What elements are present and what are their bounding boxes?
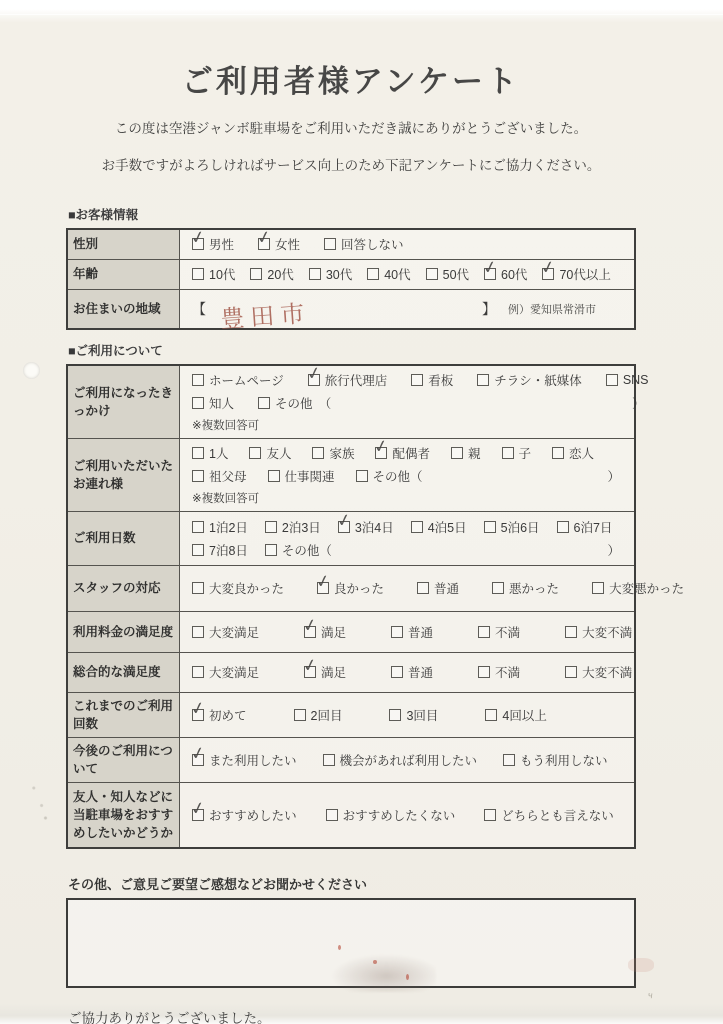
option-count-1[interactable]: 2回目: [294, 706, 343, 724]
row-age: 年齢10代20代30代40代50代✓60代✓70代以上: [68, 260, 634, 290]
option-gender-0[interactable]: ✓男性: [192, 235, 234, 253]
option-label: 祖父母: [209, 467, 247, 485]
checkbox[interactable]: [478, 666, 490, 678]
option-future-1[interactable]: 機会があれば利用したい: [323, 751, 478, 769]
option-trigger-1[interactable]: ✓旅行代理店: [308, 371, 388, 389]
close-paren: ）: [632, 394, 649, 412]
checkbox[interactable]: [426, 268, 438, 280]
checkbox[interactable]: [265, 544, 277, 556]
option-label: 大変不満: [582, 663, 632, 681]
check-mark-icon: ✓: [314, 572, 331, 592]
option-label: 旅行代理店: [325, 371, 388, 389]
option-label: どちらとも言えない: [501, 806, 614, 824]
option-count-3[interactable]: 4回以上: [485, 706, 546, 724]
checkbox[interactable]: [451, 447, 463, 459]
option-trigger-1[interactable]: その他 （: [258, 394, 331, 412]
intro-line-1: この度は空港ジャンボ駐車場をご利用いただき誠にありがとうございました。: [66, 117, 636, 141]
checkbox[interactable]: [484, 809, 496, 821]
option-companions-3[interactable]: ✓配偶者: [375, 444, 430, 462]
checkbox[interactable]: ✓: [308, 374, 320, 386]
row-label: 今後のご利用について: [68, 738, 180, 782]
checkbox[interactable]: [411, 521, 423, 533]
option-price-1[interactable]: ✓満足: [304, 623, 346, 641]
option-label: 70代以上: [559, 265, 610, 283]
option-line: 大変満足✓満足普通不満大変不満: [192, 663, 632, 681]
option-label: 配偶者: [392, 444, 430, 462]
option-label: ホームページ: [209, 371, 284, 389]
checkbox[interactable]: ✓: [484, 268, 496, 280]
checkbox[interactable]: ✓: [192, 238, 204, 250]
region-example-hint: 例）愛知県常滑市: [508, 301, 596, 317]
check-mark-icon: ✓: [335, 511, 352, 531]
option-staff-3[interactable]: 悪かった: [492, 579, 559, 597]
checkbox[interactable]: [391, 666, 403, 678]
checkbox[interactable]: [477, 374, 489, 386]
option-label: おすすめしたい: [209, 806, 297, 824]
row-price: 利用料金の満足度大変満足✓満足普通不満大変不満: [68, 612, 634, 653]
hole-punch: [23, 362, 40, 379]
row-options: 大変良かった✓良かった普通悪かった大変悪かった: [180, 566, 694, 611]
checkbox[interactable]: ✓: [192, 809, 204, 821]
option-gender-1[interactable]: ✓女性: [258, 235, 300, 253]
checkbox[interactable]: [592, 582, 604, 594]
option-age-6[interactable]: ✓70代以上: [542, 265, 610, 283]
checkbox[interactable]: [503, 754, 515, 766]
checkbox[interactable]: ✓: [317, 582, 329, 594]
checkbox[interactable]: [192, 268, 204, 280]
row-options: ✓初めて2回目3回目4回以上: [180, 693, 634, 737]
option-recommend-2[interactable]: どちらとも言えない: [484, 806, 614, 824]
option-age-4[interactable]: 50代: [426, 265, 469, 283]
option-companions-0[interactable]: 1人: [192, 444, 228, 462]
option-days-4[interactable]: 5泊6日: [484, 518, 540, 536]
option-count-0[interactable]: ✓初めて: [192, 706, 247, 724]
checkbox[interactable]: ✓: [338, 521, 350, 533]
option-days-3[interactable]: 4泊5日: [411, 518, 467, 536]
row-options: 大変満足✓満足普通不満大変不満: [180, 612, 642, 652]
checkbox[interactable]: [192, 397, 204, 409]
option-label: 3泊4日: [355, 518, 394, 536]
ink-stain-dot: [338, 945, 341, 950]
option-label: 10代: [209, 265, 235, 283]
checkbox[interactable]: [192, 447, 204, 459]
checkbox[interactable]: [249, 447, 261, 459]
section-customer-info-title: ■お客様情報: [68, 205, 636, 223]
checkbox[interactable]: [192, 521, 204, 533]
row-options: 10代20代30代40代50代✓60代✓70代以上: [180, 260, 634, 289]
option-line: ✓また利用したい機会があれば利用したいもう利用しない: [192, 751, 624, 769]
option-age-0[interactable]: 10代: [192, 265, 235, 283]
option-label: 満足: [321, 623, 346, 641]
option-trigger-3[interactable]: チラシ・紙媒体: [477, 371, 582, 389]
option-label: 初めて: [209, 706, 247, 724]
row-options: 大変満足✓満足普通不満大変不満: [180, 653, 642, 692]
option-label: 大変悪かった: [609, 579, 684, 597]
handwritten-region-value[interactable]: 豊田市: [206, 290, 483, 333]
option-trigger-0[interactable]: 知人: [192, 394, 234, 412]
checkbox[interactable]: [606, 374, 618, 386]
option-label: 30代: [326, 265, 352, 283]
option-label: 普通: [434, 579, 459, 597]
option-label: 仕事関連: [285, 467, 335, 485]
checkbox[interactable]: [391, 626, 403, 638]
checkbox[interactable]: [411, 374, 423, 386]
checkbox[interactable]: [324, 238, 336, 250]
row-options: 1人友人家族✓配偶者親子恋人祖父母仕事関連その他（）※複数回答可: [180, 439, 634, 511]
option-companions-4[interactable]: 親: [451, 444, 481, 462]
checkbox[interactable]: [192, 582, 204, 594]
close-bracket: 】: [482, 299, 496, 319]
check-mark-icon: ✓: [189, 744, 206, 764]
option-overall-0[interactable]: 大変満足: [192, 663, 259, 681]
option-count-2[interactable]: 3回目: [389, 706, 438, 724]
multi-answer-note: ※複数回答可: [192, 490, 624, 506]
check-mark-icon: ✓: [540, 258, 557, 278]
row-label: 友人・知人などに当駐車場をおすすめしたいかどうか: [68, 783, 180, 847]
option-staff-1[interactable]: ✓良かった: [317, 579, 384, 597]
checkbox[interactable]: [389, 709, 401, 721]
row-days: ご利用日数1泊2日2泊3日✓3泊4日4泊5日5泊6日6泊7日7泊8日その他（）: [68, 512, 634, 566]
row-options: ✓おすすめしたいおすすめしたくないどちらとも言えない: [180, 783, 634, 847]
row-options: 1泊2日2泊3日✓3泊4日4泊5日5泊6日6泊7日7泊8日その他（）: [180, 512, 634, 565]
row-label: スタッフの対応: [68, 566, 180, 611]
check-mark-icon: ✓: [189, 799, 206, 819]
checkbox[interactable]: [557, 521, 569, 533]
option-label: 満足: [321, 663, 346, 681]
option-label: 2回目: [311, 706, 343, 724]
checkbox[interactable]: [258, 397, 270, 409]
row-future: 今後のご利用について✓また利用したい機会があれば利用したいもう利用しない: [68, 738, 634, 783]
option-companions-2[interactable]: その他（: [356, 467, 423, 485]
option-label: 家族: [329, 444, 354, 462]
checkbox[interactable]: [565, 626, 577, 638]
thanks-text: ご協力ありがとうございました。: [68, 1007, 636, 1024]
option-label: その他（: [282, 541, 332, 559]
option-label: 普通: [408, 623, 433, 641]
option-line: 10代20代30代40代50代✓60代✓70代以上: [192, 265, 624, 283]
option-days-0[interactable]: 7泊8日: [192, 541, 248, 559]
option-label: その他（: [373, 467, 423, 485]
page-title: ご利用者様アンケート: [66, 64, 636, 100]
option-label: 看板: [428, 371, 453, 389]
usage-table: ご利用になったきっかけホームページ✓旅行代理店看板チラシ・紙媒体SNS知人その他…: [66, 364, 636, 850]
row-count: これまでのご利用回数✓初めて2回目3回目4回以上: [68, 693, 634, 738]
row-gender: 性別✓男性✓女性回答しない: [68, 230, 634, 260]
multi-answer-note: ※複数回答可: [192, 417, 649, 433]
option-label: 40代: [384, 265, 410, 283]
option-age-3[interactable]: 40代: [367, 265, 410, 283]
option-days-1[interactable]: その他（: [265, 541, 332, 559]
checkbox[interactable]: [192, 470, 204, 482]
option-trigger-2[interactable]: 看板: [411, 371, 453, 389]
close-paren: ）: [607, 541, 624, 559]
row-region: お住まいの地域【豊田市】例）愛知県常滑市: [68, 290, 634, 328]
option-overall-2[interactable]: 普通: [391, 663, 433, 681]
option-label: 親: [468, 444, 481, 462]
option-trigger-4[interactable]: SNS: [606, 373, 649, 387]
row-trigger: ご利用になったきっかけホームページ✓旅行代理店看板チラシ・紙媒体SNS知人その他…: [68, 366, 634, 439]
option-label: 悪かった: [509, 579, 559, 597]
checkbox[interactable]: [326, 809, 338, 821]
option-label: 知人: [209, 394, 234, 412]
option-line: ✓おすすめしたいおすすめしたくないどちらとも言えない: [192, 806, 624, 824]
option-label: 5泊6日: [501, 518, 540, 536]
option-recommend-1[interactable]: おすすめしたくない: [326, 806, 456, 824]
checkbox[interactable]: [192, 666, 204, 678]
option-line: 祖父母仕事関連その他（）: [192, 467, 624, 485]
option-label: 50代: [443, 265, 469, 283]
option-label: 1泊2日: [209, 518, 248, 536]
option-age-1[interactable]: 20代: [250, 265, 293, 283]
check-mark-icon: ✓: [255, 228, 272, 248]
option-label: 普通: [408, 663, 433, 681]
option-label: 機会があれば利用したい: [340, 751, 478, 769]
check-mark-icon: ✓: [189, 228, 206, 248]
checkbox[interactable]: [312, 447, 324, 459]
option-companions-0[interactable]: 祖父母: [192, 467, 247, 485]
option-age-2[interactable]: 30代: [309, 265, 352, 283]
option-label: 大変満足: [209, 663, 259, 681]
option-overall-3[interactable]: 不満: [478, 663, 520, 681]
option-days-5[interactable]: 6泊7日: [557, 518, 613, 536]
option-line: 1人友人家族✓配偶者親子恋人: [192, 444, 624, 462]
check-mark-icon: ✓: [481, 258, 498, 278]
option-label: 男性: [209, 235, 234, 253]
option-days-2[interactable]: ✓3泊4日: [338, 518, 394, 536]
option-price-2[interactable]: 普通: [391, 623, 433, 641]
option-label: 良かった: [334, 579, 384, 597]
checkbox[interactable]: [484, 521, 496, 533]
option-label: 60代: [501, 265, 527, 283]
checkbox[interactable]: [323, 754, 335, 766]
option-label: 7泊8日: [209, 541, 248, 559]
intro-line-2: お手数ですがよろしければサービス向上のため下記アンケートにご協力ください。: [66, 154, 636, 178]
checkbox[interactable]: [552, 447, 564, 459]
option-recommend-0[interactable]: ✓おすすめしたい: [192, 806, 297, 824]
checkbox[interactable]: ✓: [304, 626, 316, 638]
option-label: おすすめしたくない: [343, 806, 456, 824]
checkbox[interactable]: ✓: [258, 238, 270, 250]
option-days-0[interactable]: 1泊2日: [192, 518, 248, 536]
option-label: 回答しない: [341, 235, 404, 253]
option-staff-0[interactable]: 大変良かった: [192, 579, 284, 597]
check-mark-icon: ✓: [189, 699, 206, 719]
check-mark-icon: ✓: [301, 656, 318, 676]
row-options: ✓また利用したい機会があれば利用したいもう利用しない: [180, 738, 634, 782]
row-label: ご利用いただいたお連れ様: [68, 439, 180, 511]
checkbox[interactable]: [478, 626, 490, 638]
option-label: 3回目: [406, 706, 438, 724]
option-label: 4回以上: [502, 706, 546, 724]
option-label: 2泊3日: [282, 518, 321, 536]
row-options: 【豊田市】例）愛知県常滑市: [180, 290, 634, 328]
option-line: 7泊8日その他（）: [192, 541, 624, 559]
option-gender-2[interactable]: 回答しない: [324, 235, 404, 253]
row-label: ご利用になったきっかけ: [68, 366, 180, 438]
option-line: ホームページ✓旅行代理店看板チラシ・紙媒体SNS: [192, 371, 649, 389]
scanned-survey-page: ч ご利用者様アンケート この度は空港ジャンボ駐車場をご利用いただき誠にありがと…: [0, 0, 723, 1024]
row-label: 利用料金の満足度: [68, 612, 180, 652]
checkbox[interactable]: [268, 470, 280, 482]
option-line: 知人その他 （）: [192, 394, 649, 412]
row-label: これまでのご利用回数: [68, 693, 180, 737]
checkbox[interactable]: [250, 268, 262, 280]
option-price-0[interactable]: 大変満足: [192, 623, 259, 641]
pencil-smudge: [26, 778, 52, 828]
option-companions-2[interactable]: 家族: [312, 444, 354, 462]
ink-stain: [326, 952, 436, 992]
option-line: ✓男性✓女性回答しない: [192, 235, 624, 253]
section-usage-title: ■ご利用について: [68, 341, 636, 359]
option-label: 不満: [495, 663, 520, 681]
option-line: ✓初めて2回目3回目4回以上: [192, 706, 624, 724]
checkbox[interactable]: [417, 582, 429, 594]
checkbox[interactable]: ✓: [192, 709, 204, 721]
check-mark-icon: ✓: [305, 364, 322, 384]
row-label: ご利用日数: [68, 512, 180, 565]
checkbox[interactable]: [294, 709, 306, 721]
checkbox[interactable]: [565, 666, 577, 678]
row-label: 総合的な満足度: [68, 653, 180, 692]
stray-pencil-mark: ч: [647, 990, 653, 1001]
option-label: チラシ・紙媒体: [494, 371, 582, 389]
row-label: お住まいの地域: [68, 290, 180, 328]
option-label: SNS: [623, 373, 649, 387]
option-label: 20代: [267, 265, 293, 283]
checkbox[interactable]: ✓: [375, 447, 387, 459]
form-content: ご利用者様アンケート この度は空港ジャンボ駐車場をご利用いただき誠にありがとうご…: [66, 0, 636, 1024]
option-label: その他 （: [275, 394, 331, 412]
comments-box[interactable]: [66, 898, 636, 988]
option-age-5[interactable]: ✓60代: [484, 265, 527, 283]
option-label: 大変不満: [582, 623, 632, 641]
option-label: 子: [519, 444, 532, 462]
option-companions-5[interactable]: 子: [502, 444, 532, 462]
option-overall-1[interactable]: ✓満足: [304, 663, 346, 681]
row-companions: ご利用いただいたお連れ様1人友人家族✓配偶者親子恋人祖父母仕事関連その他（）※複…: [68, 439, 634, 512]
option-label: もう利用しない: [520, 751, 608, 769]
checkbox[interactable]: [367, 268, 379, 280]
option-overall-4[interactable]: 大変不満: [565, 663, 632, 681]
option-label: 大変良かった: [209, 579, 284, 597]
option-companions-1[interactable]: 友人: [249, 444, 291, 462]
open-bracket: 【: [192, 299, 206, 319]
row-recommend: 友人・知人などに当駐車場をおすすめしたいかどうか✓おすすめしたいおすすめしたくな…: [68, 783, 634, 847]
close-paren: ）: [607, 467, 624, 485]
option-label: 不満: [495, 623, 520, 641]
option-price-4[interactable]: 大変不満: [565, 623, 632, 641]
option-future-2[interactable]: もう利用しない: [503, 751, 608, 769]
region-free-text: 【豊田市】例）愛知県常滑市: [192, 297, 624, 321]
option-future-0[interactable]: ✓また利用したい: [192, 751, 297, 769]
checkbox[interactable]: [265, 521, 277, 533]
option-line: 大変満足✓満足普通不満大変不満: [192, 623, 632, 641]
checkbox[interactable]: [192, 544, 204, 556]
option-days-1[interactable]: 2泊3日: [265, 518, 321, 536]
comments-label: その他、ご意見ご要望ご感想などお聞かせください: [68, 874, 636, 893]
option-price-3[interactable]: 不満: [478, 623, 520, 641]
row-options: ホームページ✓旅行代理店看板チラシ・紙媒体SNS知人その他 （）※複数回答可: [180, 366, 659, 438]
option-staff-2[interactable]: 普通: [417, 579, 459, 597]
checkbox[interactable]: [502, 447, 514, 459]
checkbox[interactable]: ✓: [192, 754, 204, 766]
row-overall: 総合的な満足度大変満足✓満足普通不満大変不満: [68, 653, 634, 693]
option-label: 友人: [266, 444, 291, 462]
option-line: 大変良かった✓良かった普通悪かった大変悪かった: [192, 579, 684, 597]
option-companions-6[interactable]: 恋人: [552, 444, 594, 462]
option-label: 6泊7日: [574, 518, 613, 536]
option-line: 1泊2日2泊3日✓3泊4日4泊5日5泊6日6泊7日: [192, 518, 624, 536]
check-mark-icon: ✓: [301, 616, 318, 636]
check-mark-icon: ✓: [373, 437, 390, 457]
row-label: 性別: [68, 230, 180, 259]
row-options: ✓男性✓女性回答しない: [180, 230, 634, 259]
row-label: 年齢: [68, 260, 180, 289]
option-label: 大変満足: [209, 623, 259, 641]
checkbox[interactable]: [309, 268, 321, 280]
option-label: 女性: [275, 235, 300, 253]
checkbox[interactable]: ✓: [304, 666, 316, 678]
checkbox[interactable]: [485, 709, 497, 721]
checkbox[interactable]: [492, 582, 504, 594]
option-label: 恋人: [569, 444, 594, 462]
checkbox[interactable]: [192, 374, 204, 386]
ink-stain-smear: [628, 958, 654, 972]
row-staff: スタッフの対応大変良かった✓良かった普通悪かった大変悪かった: [68, 566, 634, 612]
option-label: また利用したい: [209, 751, 297, 769]
option-companions-1[interactable]: 仕事関連: [268, 467, 335, 485]
checkbox[interactable]: ✓: [542, 268, 554, 280]
option-label: 4泊5日: [428, 518, 467, 536]
checkbox[interactable]: [192, 626, 204, 638]
option-trigger-0[interactable]: ホームページ: [192, 371, 284, 389]
option-staff-4[interactable]: 大変悪かった: [592, 579, 684, 597]
option-label: 1人: [209, 444, 228, 462]
customer-info-table: 性別✓男性✓女性回答しない年齢10代20代30代40代50代✓60代✓70代以上…: [66, 228, 636, 330]
checkbox[interactable]: [356, 470, 368, 482]
